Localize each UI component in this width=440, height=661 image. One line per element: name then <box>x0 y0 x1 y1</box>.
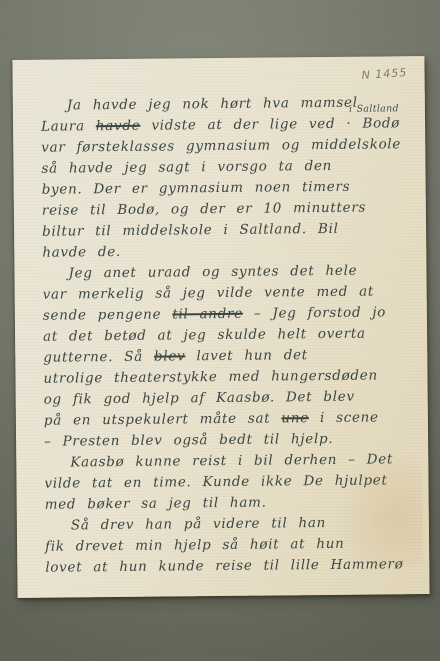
line-text: reise til Bodø, og der er 10 minutters <box>42 200 366 219</box>
struck-text: blev <box>154 348 186 364</box>
line-text: så havde jeg sagt i vorsgo ta den <box>41 158 332 177</box>
line-text: – Presten blev også bedt til hjelp. <box>44 431 333 450</box>
line-text: Laura <box>41 118 96 135</box>
line-text: biltur til middelskole i Saltland. Bil <box>42 221 339 240</box>
line-text: fik drevet min hjelp så høit at hun <box>45 536 345 555</box>
line-text: lovet at hun kunde reise til lille Hamme… <box>45 556 403 575</box>
manuscript-line: lovet at hun kunde reise til lille Hamme… <box>45 554 417 579</box>
line-text: at det betød at jeg skulde helt overta <box>43 326 366 345</box>
line-text: havde de. <box>42 244 121 261</box>
line-text: Jeg anet uraad og syntes det hele <box>68 263 357 282</box>
line-text: vilde tat en time. Kunde ikke De hjulpet <box>44 472 387 491</box>
line-text: sende pengene <box>43 306 173 323</box>
line-text: Ja havde jeg nok hørt hva mamsel <box>67 95 358 114</box>
inserted-text: i Saltland <box>349 104 399 114</box>
line-text: var førsteklasses gymnasium og middelsko… <box>41 136 401 155</box>
line-text: Så drev han på videre til han <box>71 515 326 533</box>
struck-text: une <box>281 410 309 426</box>
line-text: byen. Der er gymnasium noen timers <box>42 179 351 198</box>
line-text: Kaasbø kunne reist i bil derhen – Det <box>70 451 393 470</box>
line-text: og fik god hjelp af Kaasbø. Det blev <box>44 389 355 408</box>
line-text: – Jeg forstod jo <box>243 304 386 321</box>
struck-text: til andre <box>172 306 243 323</box>
archive-mark: N 1455 <box>361 66 407 82</box>
line-text: i scene <box>309 409 379 426</box>
line-text: lavet hun det <box>185 347 308 364</box>
line-text: på en utspekulert måte sat <box>44 410 282 428</box>
line-text: utrolige theaterstykke med hungersdøden <box>43 367 377 386</box>
line-text: var merkelig så jeg vilde vente med at <box>43 284 374 303</box>
manuscript-text: Ja havde jeg nok hørt hva mamselLaura ha… <box>41 92 418 579</box>
manuscript-paper: N 1455 Ja havde jeg nok hørt hva mamselL… <box>12 56 429 598</box>
line-text: gutterne. Så <box>43 349 154 366</box>
line-text: med bøker sa jeg til ham. <box>45 495 267 513</box>
line-text: vidste at der lige ved · Bodø <box>140 115 400 133</box>
photo-background: N 1455 Ja havde jeg nok hørt hva mamselL… <box>0 0 440 661</box>
struck-text: havde <box>96 118 141 134</box>
